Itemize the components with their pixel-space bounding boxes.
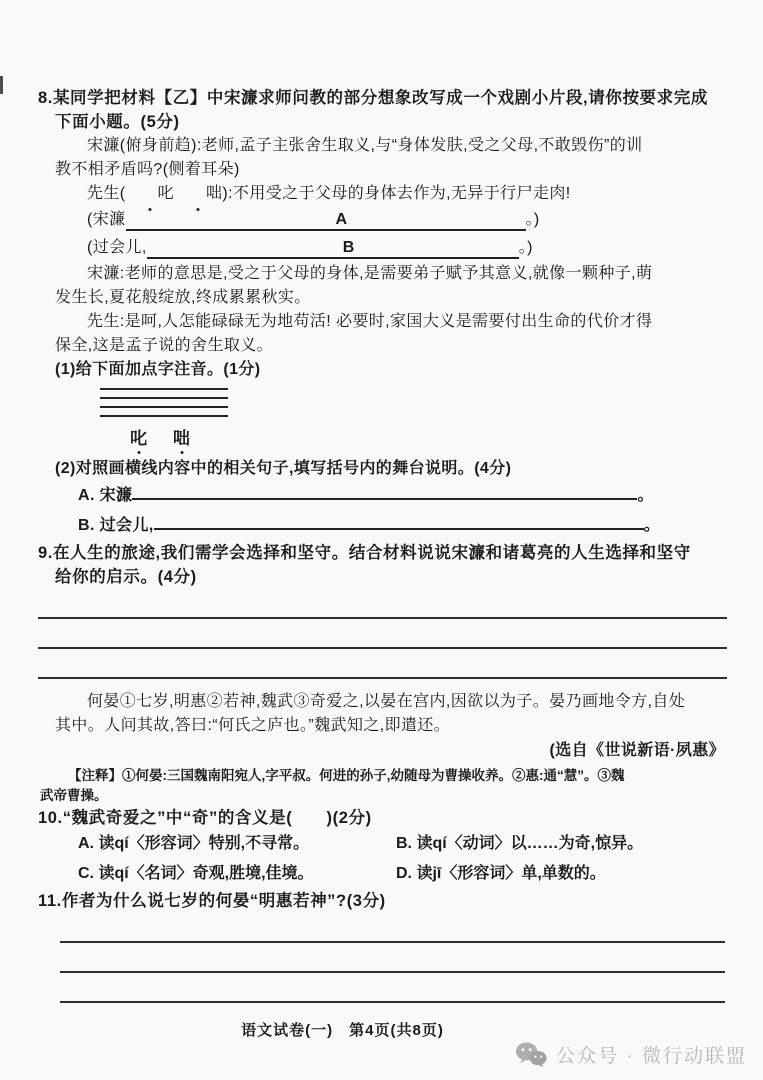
page-footer: 语文试卷(一) 第4页(共8页)	[38, 1019, 727, 1040]
stage-a-blank: A	[126, 212, 526, 231]
answer-line	[60, 941, 725, 943]
stage-a-close: 。)	[526, 211, 540, 228]
pinyin-grid-line	[100, 406, 228, 408]
question-11-answer-area	[60, 941, 725, 1003]
dotted-char-duo: 咄	[173, 424, 190, 449]
question-10-stem: 10.“魏武奇爱之”中“奇”的含义是( )(2分)	[38, 806, 727, 830]
watermark: 公众号 · 微行动联盟	[515, 1041, 747, 1068]
answer-line	[38, 617, 727, 619]
stage-direction-a: (宋濂A。)	[38, 206, 727, 234]
stage-b-open: (过会儿,	[87, 239, 147, 256]
option-b: B. 读qí〈动词〉以……为奇,惊异。	[396, 830, 727, 857]
stage-direction-b: (过会儿,B。)	[38, 234, 727, 262]
dotted-char-duo: 咄	[174, 182, 222, 206]
annotated-characters: 叱咄	[130, 424, 727, 449]
dialog-songlian-2: 宋濂:老师的意思是,受之于父母的身体,是需要弟子赋予其意义,就像一颗种子,萌 发…	[38, 262, 727, 310]
pinyin-grid-line	[100, 397, 228, 399]
question-10-options: A. 读qí〈形容词〉特别,不寻常。 B. 读qí〈动词〉以……为奇,惊异。 C…	[78, 830, 727, 887]
dialog-teacher-2: 先生:是呵,人怎能碌碌无为地苟活! 必要时,家国大义是需要付出生命的代价才得 保…	[38, 310, 727, 358]
answer-line	[38, 647, 727, 649]
option-a: A. 读qí〈形容词〉特别,不寻常。	[78, 830, 396, 857]
dialog-teacher-1: 先生(叱咄):不用受之于父母的身体去作为,无异于行尸走肉!	[38, 182, 727, 206]
passage-source: (选自《世说新语·夙惠》	[38, 738, 727, 764]
pinyin-grid-line	[100, 388, 228, 390]
dotted-char-chi: 叱	[126, 182, 174, 206]
pinyin-grid	[100, 388, 228, 417]
option-c: C. 读qí〈名词〉奇观,胜境,佳境。	[78, 860, 396, 887]
dialog-songlian-1: 宋濂(俯身前趋):老师,孟子主张舍生取义,与“身体发肤,受之父母,不敢毁伤”的训…	[38, 134, 727, 182]
answer-b-blank	[154, 527, 644, 530]
answer-line	[60, 971, 725, 973]
scan-artifact	[0, 76, 3, 94]
stage-b-blank: B	[147, 240, 519, 259]
question-11-stem: 11.作者为什么说七岁的何晏“明惠若神”?(3分)	[38, 889, 727, 913]
answer-line	[38, 677, 727, 679]
question-8-sub2: (2)对照画横线内容中的相关句子,填写括号内的舞台说明。(4分)	[38, 457, 727, 481]
answer-a-label: A. 宋濂	[78, 487, 132, 504]
question-8-sub1: (1)给下面加点字注音。(1分)	[38, 358, 727, 382]
answer-a-period: 。	[637, 487, 653, 504]
classical-passage: 何晏①七岁,明惠②若神,魏武③奇爱之,以晏在宫内,因欲以为子。晏乃画地令方,自处…	[38, 690, 727, 738]
question-9-stem: 9.在人生的旅途,我们需学会选择和坚守。结合材料说说宋濂和诸葛亮的人生选择和坚守…	[38, 541, 727, 589]
dotted-char-chi: 叱	[130, 424, 147, 449]
option-d: D. 读jī〈形容词〉单,单数的。	[396, 860, 727, 887]
dialog-teacher-1-suffix: ):不用受之于父母的身体去作为,无异于行尸走肉!	[222, 185, 570, 202]
answer-b-period: 。	[644, 517, 660, 534]
wechat-icon	[515, 1041, 547, 1068]
watermark-text: 公众号 · 微行动联盟	[556, 1041, 747, 1068]
exam-page: 8.某同学把材料【乙】中宋濂求师问教的部分想象改写成一个戏剧小片段,请你按要求完…	[0, 0, 763, 1080]
passage-notes: 【注释】①何晏:三国魏南阳宛人,字平叔。何进的孙子,幼随母为曹操收养。②惠:通“…	[38, 766, 727, 806]
answer-a-blank	[132, 497, 637, 500]
answer-b-label: B. 过会儿,	[78, 517, 154, 534]
dialog-teacher-1-prefix: 先生(	[87, 185, 126, 202]
stage-b-close: 。)	[519, 239, 533, 256]
answer-row-a: A. 宋濂。	[38, 481, 727, 511]
answer-row-b: B. 过会儿,。	[38, 511, 727, 541]
stage-a-open: (宋濂	[87, 211, 126, 228]
pinyin-grid-line	[100, 415, 228, 417]
question-8-stem: 8.某同学把材料【乙】中宋濂求师问教的部分想象改写成一个戏剧小片段,请你按要求完…	[38, 86, 727, 134]
answer-line	[60, 1001, 725, 1003]
